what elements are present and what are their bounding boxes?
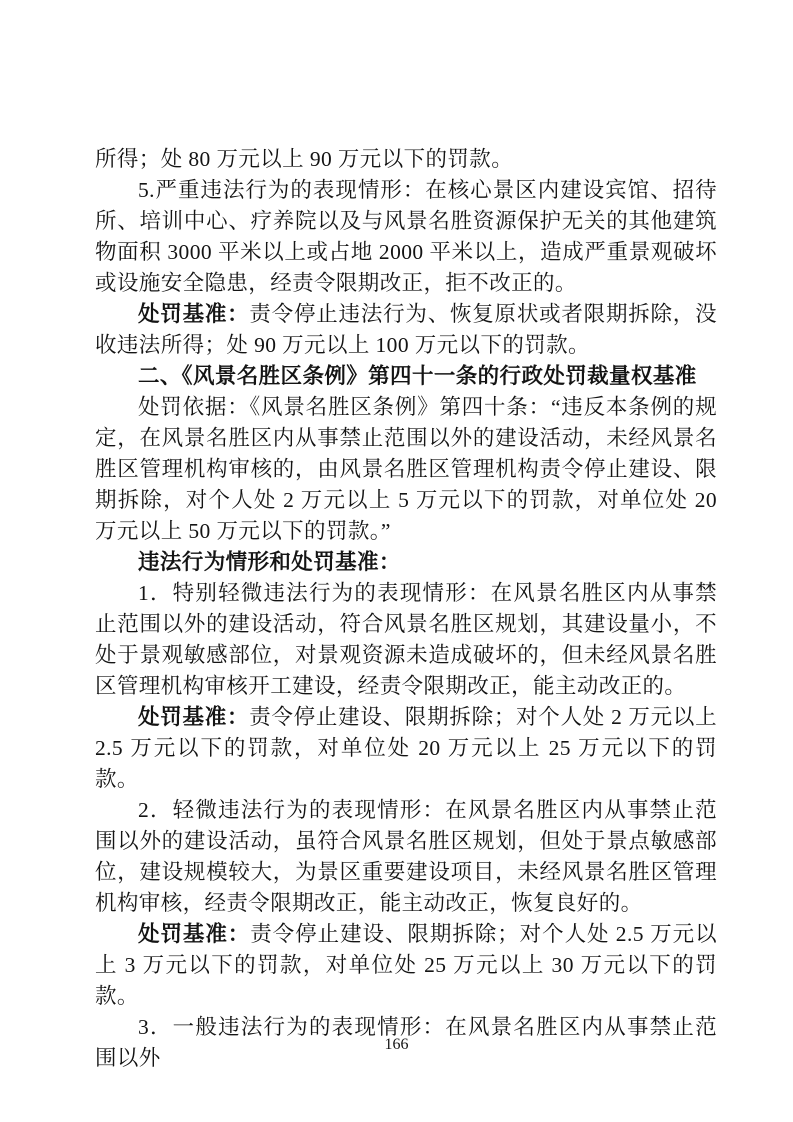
document-body: 所得；处 80 万元以上 90 万元以下的罚款。5.严重违法行为的表现情形：在核…: [95, 144, 717, 1074]
body-paragraph: 1．特别轻微违法行为的表现情形：在风景名胜区内从事禁止范围以外的建设活动，符合风…: [95, 578, 717, 702]
body-paragraph: 5.严重违法行为的表现情形：在核心景区内建设宾馆、招待所、培训中心、疗养院以及与…: [95, 175, 717, 299]
paragraph-lead-label: 处罚基准：: [138, 705, 249, 729]
body-paragraph: 处罚基准：责令停止违法行为、恢复原状或者限期拆除，没收违法所得；处 90 万元以…: [95, 299, 717, 361]
document-page: 所得；处 80 万元以上 90 万元以下的罚款。5.严重违法行为的表现情形：在核…: [0, 0, 793, 1122]
body-paragraph: 2．轻微违法行为的表现情形：在风景名胜区内从事禁止范围以外的建设活动，虽符合风景…: [95, 795, 717, 919]
paragraph-lead-label: 处罚基准：: [138, 302, 249, 326]
heading-paragraph: 二、《风景名胜区条例》第四十一条的行政处罚裁量权基准: [95, 361, 717, 392]
page-number: 166: [0, 1035, 793, 1055]
body-paragraph: 所得；处 80 万元以上 90 万元以下的罚款。: [95, 144, 717, 175]
heading-paragraph: 违法行为情形和处罚基准：: [95, 547, 717, 578]
body-paragraph: 处罚基准：责令停止建设、限期拆除；对个人处 2 万元以上 2.5 万元以下的罚款…: [95, 702, 717, 795]
body-paragraph: 处罚基准：责令停止建设、限期拆除；对个人处 2.5 万元以上 3 万元以下的罚款…: [95, 919, 717, 1012]
paragraph-lead-label: 处罚基准：: [138, 922, 250, 946]
body-paragraph: 处罚依据：《风景名胜区条例》第四十条：“违反本条例的规定，在风景名胜区内从事禁止…: [95, 392, 717, 547]
